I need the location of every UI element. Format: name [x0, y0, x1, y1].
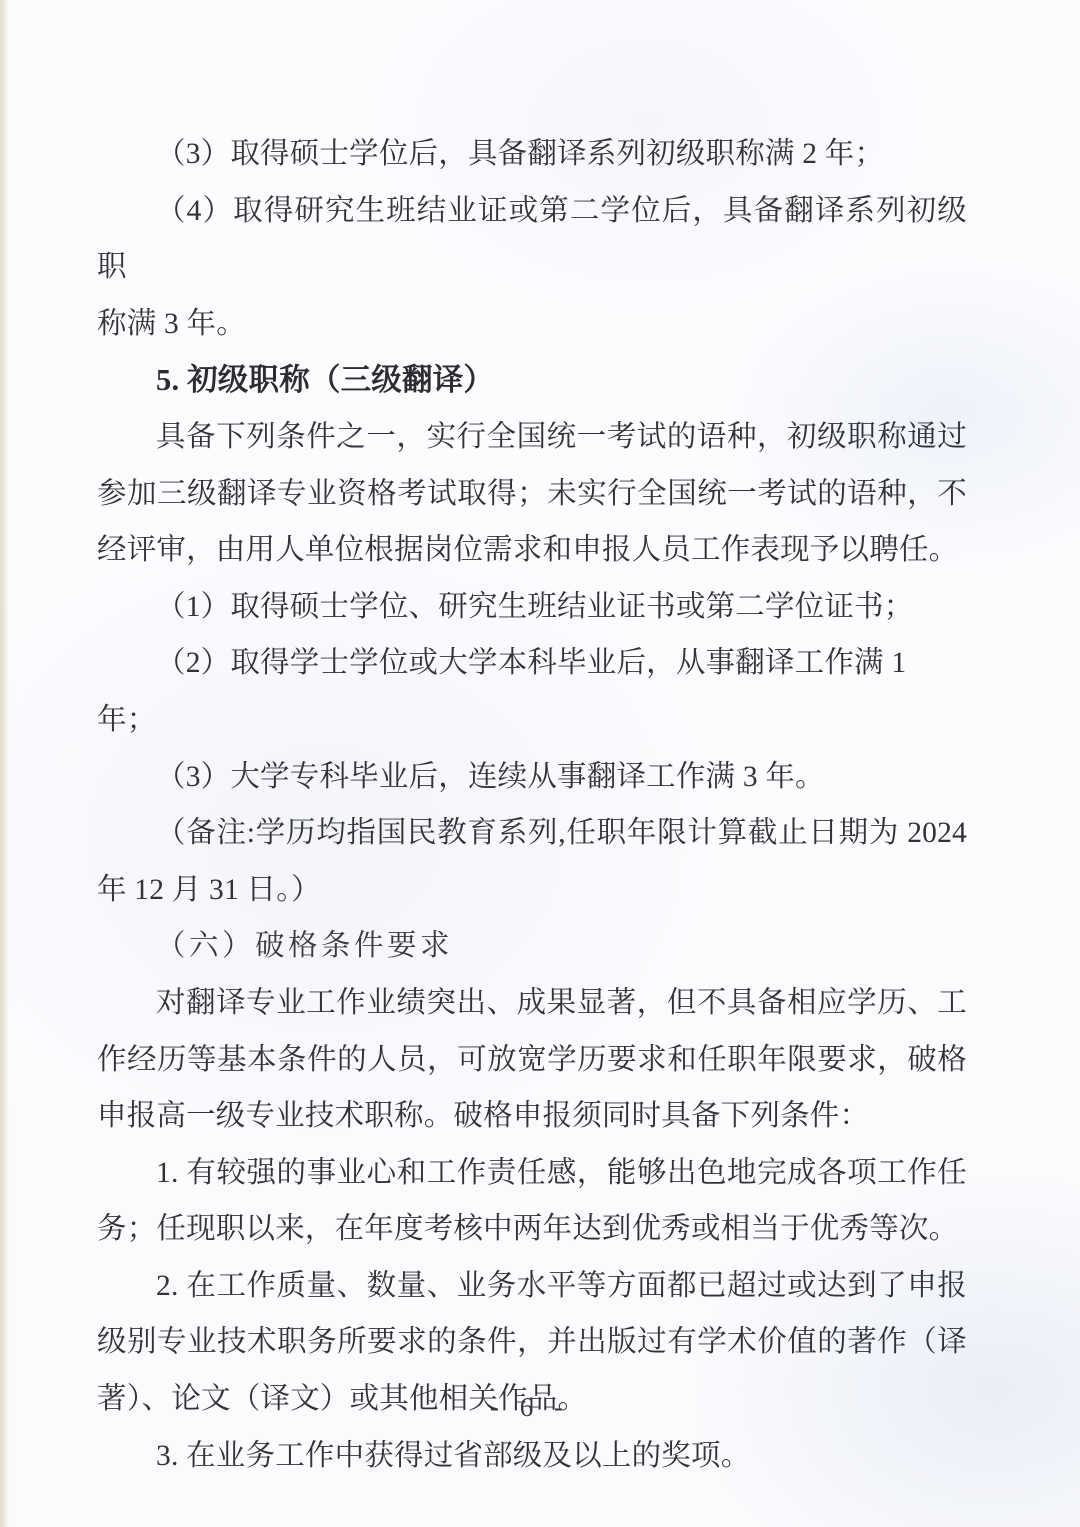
- document-content: （3）取得硕士学位后，具备翻译系列初级职称满 2 年； （4）取得研究生班结业证…: [97, 126, 967, 1484]
- paragraph-line: 具备下列条件之一，实行全国统一考试的语种，初级职称通过: [97, 409, 967, 466]
- clause-line: （3）取得硕士学位后，具备翻译系列初级职称满 2 年；: [97, 126, 967, 183]
- numbered-item-line: 级别专业技术职务所要求的条件，并出版过有学术价值的著作（译: [97, 1314, 967, 1371]
- numbered-item-line: 2. 在工作质量、数量、业务水平等方面都已超过或达到了申报: [97, 1258, 967, 1315]
- page-number: - 6 -: [490, 1392, 570, 1422]
- note-line: 年 12 月 31 日。）: [97, 862, 967, 919]
- section-heading-exception-criteria: （六）破格条件要求: [97, 918, 967, 975]
- clause-line: 称满 3 年。: [97, 296, 967, 353]
- clause-line: （1）取得硕士学位、研究生班结业证书或第二学位证书；: [97, 579, 967, 636]
- paragraph-line: 对翻译专业工作业绩突出、成果显著，但不具备相应学历、工: [97, 975, 967, 1032]
- clause-line: （2）取得学士学位或大学本科毕业后，从事翻译工作满 1 年；: [97, 635, 967, 748]
- paragraph-line: 申报高一级专业技术职称。破格申报须同时具备下列条件：: [97, 1088, 967, 1145]
- clause-line: （3）大学专科毕业后，连续从事翻译工作满 3 年。: [97, 749, 967, 806]
- paragraph-line: 参加三级翻译专业资格考试取得；未实行全国统一考试的语种，不: [97, 466, 967, 523]
- page-footer: - 6 -: [0, 1392, 1060, 1423]
- clause-line: （4）取得研究生班结业证或第二学位后，具备翻译系列初级职: [97, 183, 967, 296]
- numbered-item-line: 1. 有较强的事业心和工作责任感，能够出色地完成各项工作任: [97, 1145, 967, 1202]
- paragraph-line: 作经历等基本条件的人员，可放宽学历要求和任职年限要求，破格: [97, 1032, 967, 1089]
- numbered-item-line: 3. 在业务工作中获得过省部级及以上的奖项。: [97, 1428, 967, 1485]
- scanned-document-page: （3）取得硕士学位后，具备翻译系列初级职称满 2 年； （4）取得研究生班结业证…: [0, 0, 1080, 1527]
- scan-left-edge: [0, 0, 9, 1527]
- note-line: （备注:学历均指国民教育系列,任职年限计算截止日期为 2024: [97, 805, 967, 862]
- section-heading-junior-title: 5. 初级职称（三级翻译）: [97, 352, 967, 409]
- numbered-item-line: 务；任现职以来，在年度考核中两年达到优秀或相当于优秀等次。: [97, 1201, 967, 1258]
- paragraph-line: 经评审，由用人单位根据岗位需求和申报人员工作表现予以聘任。: [97, 522, 967, 579]
